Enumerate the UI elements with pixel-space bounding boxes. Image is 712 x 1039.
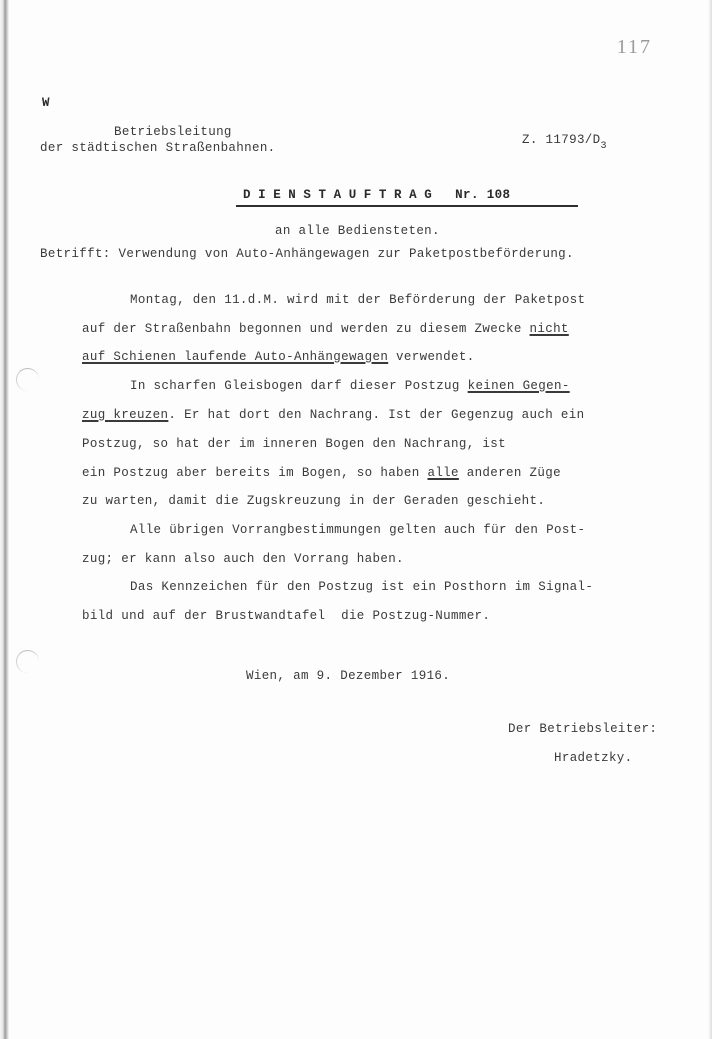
subject-line: Betrifft: Verwendung von Auto-Anhängewag… — [40, 247, 574, 261]
folio-number: 117 — [617, 36, 652, 59]
text-segment: auf der Straßenbahn begonnen und werden … — [82, 322, 530, 336]
reference-subscript: 3 — [601, 141, 607, 152]
body-line: ein Postzug aber bereits im Bogen, so ha… — [82, 466, 561, 480]
text-segment: ein Postzug aber bereits im Bogen, so ha… — [82, 466, 427, 480]
text-segment: Alle übrigen Vorrangbestimmungen gelten … — [130, 523, 585, 537]
title-heading: DIENSTAUFTRAG — [243, 188, 439, 202]
text-segment: verwendet. — [388, 350, 474, 364]
body-line: Alle übrigen Vorrangbestimmungen gelten … — [130, 523, 585, 537]
punch-hole-top — [16, 368, 39, 391]
place-date: Wien, am 9. Dezember 1916. — [246, 669, 450, 683]
body-line: zug kreuzen. Er hat dort den Nachrang. I… — [82, 408, 585, 422]
underlined-text: alle — [427, 466, 458, 480]
sender-line-1: Betriebsleitung — [114, 125, 232, 139]
body-line: In scharfen Gleisbogen darf dieser Postz… — [130, 379, 570, 393]
body-line: auf Schienen laufende Auto-Anhängewagen … — [82, 350, 475, 364]
reference-prefix: Z. 11793/D — [522, 133, 601, 147]
text-segment: Postzug, so hat der im inneren Bogen den… — [82, 437, 506, 451]
underlined-text: keinen Gegen- — [468, 379, 570, 393]
body-line: zu warten, damit die Zugskreuzung in der… — [82, 494, 545, 508]
signature-role: Der Betriebsleiter: — [508, 722, 657, 736]
body-line: bild und auf der Brustwandtafel die Post… — [82, 609, 490, 623]
text-segment: In scharfen Gleisbogen darf dieser Postz… — [130, 379, 468, 393]
text-segment: zu warten, damit die Zugskreuzung in der… — [82, 494, 545, 508]
text-segment: . Er hat dort den Nachrang. Ist der Gege… — [168, 408, 584, 422]
underlined-text: auf Schienen laufende Auto-Anhängewagen — [82, 350, 388, 364]
title-underline — [236, 205, 578, 207]
text-segment: Montag, den 11.d.M. wird mit der Beförde… — [130, 293, 585, 307]
punch-hole-bottom — [16, 650, 39, 673]
corner-mark: W — [42, 96, 50, 110]
text-segment: bild und auf der Brustwandtafel die Post… — [82, 609, 490, 623]
text-segment: anderen Züge — [459, 466, 561, 480]
document-title: DIENSTAUFTRAG Nr. 108 — [243, 188, 510, 202]
sender-line-2: der städtischen Straßenbahnen. — [40, 141, 276, 155]
title-number: Nr. 108 — [455, 188, 510, 202]
text-segment: Das Kennzeichen für den Postzug ist ein … — [130, 580, 593, 594]
underlined-text: zug kreuzen — [82, 408, 168, 422]
body-line: Montag, den 11.d.M. wird mit der Beförde… — [130, 293, 585, 307]
text-segment: zug; er kann also auch den Vorrang haben… — [82, 552, 404, 566]
underlined-text: nicht — [530, 322, 569, 336]
addressee: an alle Bediensteten. — [275, 224, 440, 238]
document-page: 117 W Betriebsleitung der städtischen St… — [0, 0, 712, 1039]
body-line: Postzug, so hat der im inneren Bogen den… — [82, 437, 506, 451]
body-line: zug; er kann also auch den Vorrang haben… — [82, 552, 404, 566]
page-right-edge — [708, 0, 712, 1039]
body-line: auf der Straßenbahn begonnen und werden … — [82, 322, 569, 336]
binding-edge — [0, 0, 9, 1039]
reference-number: Z. 11793/D3 — [522, 133, 607, 154]
signature-name: Hradetzky. — [554, 751, 633, 765]
body-line: Das Kennzeichen für den Postzug ist ein … — [130, 580, 593, 594]
